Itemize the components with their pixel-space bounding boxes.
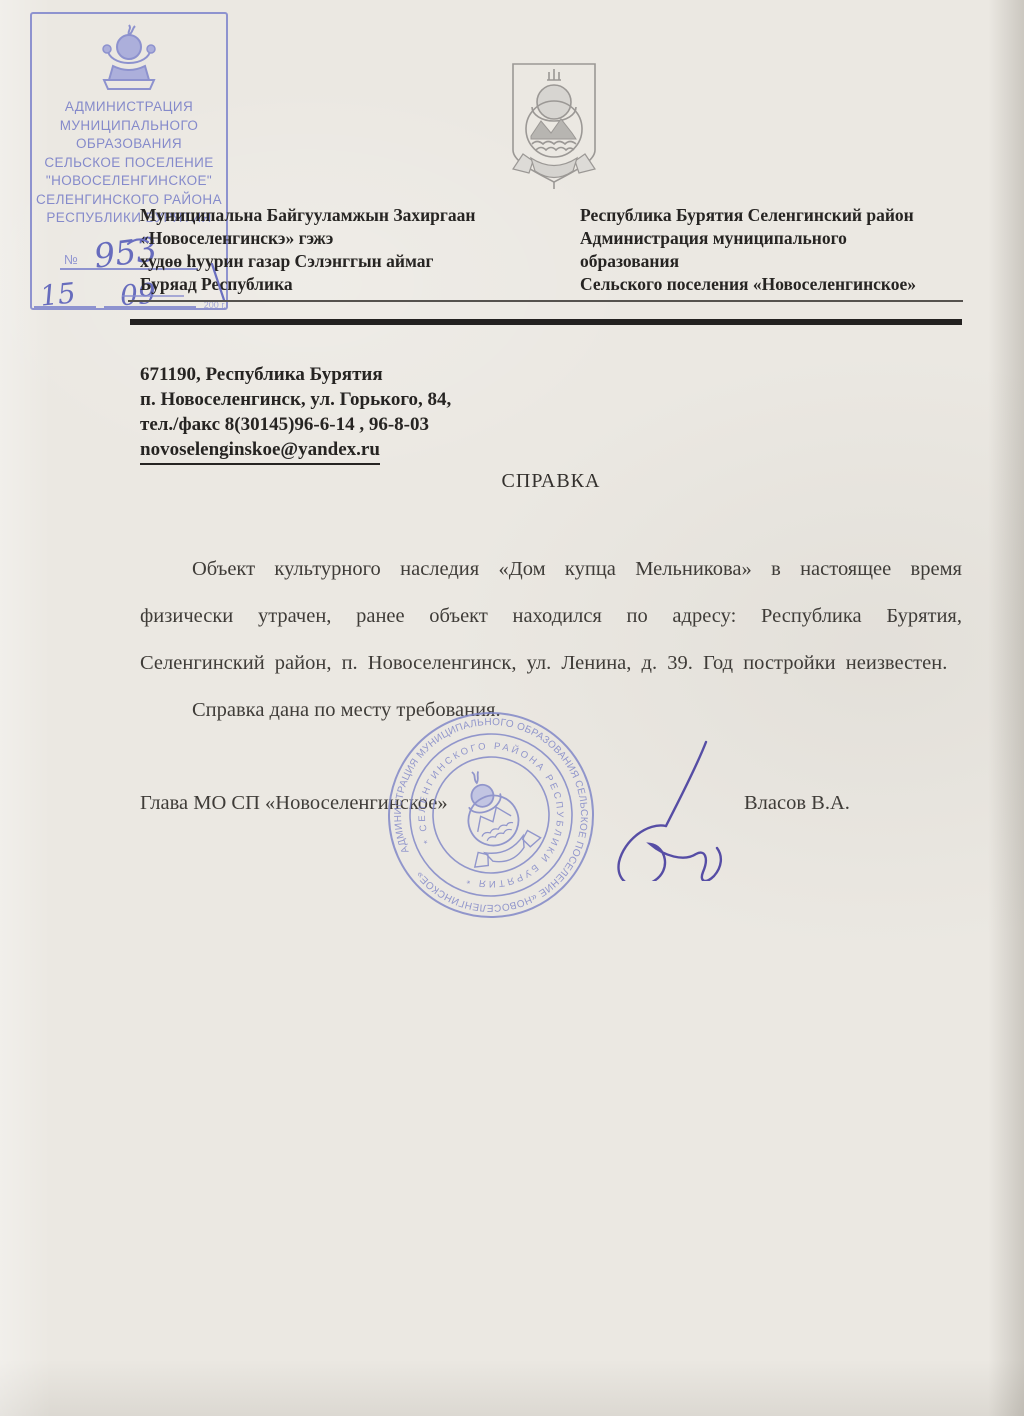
letterhead-line: Буряад Республика: [140, 273, 570, 296]
letterhead-line: Администрация муниципального: [580, 227, 970, 250]
letterhead-line: худөө һуурин газар Сэлэнггын аймаг: [140, 250, 570, 273]
scanned-document-page: АДМИНИСТРАЦИЯ МУНИЦИПАЛЬНОГО ОБРАЗОВАНИЯ…: [0, 0, 1024, 1416]
handwritten-signature: [606, 736, 726, 881]
letterhead-line: Республика Бурятия Селенгинский район: [580, 204, 970, 227]
seal-outer-text: АДМИНИСТРАЦИЯ МУНИЦИПАЛЬНОГО ОБРАЗОВАНИЯ…: [382, 706, 600, 924]
contact-block: 671190, Республика Бурятия п. Новоселенг…: [140, 362, 451, 465]
stamp-line: МУНИЦИПАЛЬНОГО: [32, 117, 226, 136]
letterhead-russian-column: Республика Бурятия Селенгинский район Ад…: [580, 204, 970, 296]
stamp-line: ОБРАЗОВАНИЯ: [32, 135, 226, 154]
letterhead-line: Сельского поселения «Новоселенгинское»: [580, 273, 970, 296]
official-round-seal: АДМИНИСТРАЦИЯ МУНИЦИПАЛЬНОГО ОБРАЗОВАНИЯ…: [382, 706, 600, 924]
stamp-line: "НОВОСЕЛЕНГИНСКОЕ": [32, 172, 226, 191]
buryatia-coat-of-arms-icon: [506, 58, 602, 192]
letterhead-buryat-column: Муниципальна Байгууламжын Захиргаан «Нов…: [140, 204, 570, 296]
contact-line: п. Новоселенгинск, ул. Горького, 84,: [140, 387, 451, 412]
letterhead-line: Муниципальна Байгууламжын Захиргаан: [140, 204, 570, 227]
signer-name: Власов В.А.: [744, 792, 850, 815]
divider-thick: [130, 319, 962, 325]
buryatia-emblem-stamp-icon: [94, 22, 164, 98]
handwritten-day: 15: [38, 276, 77, 313]
stamp-line: АДМИНИСТРАЦИЯ: [32, 98, 226, 117]
stamp-line: СЕЛЬСКОЕ ПОСЕЛЕНИЕ: [32, 154, 226, 173]
body-paragraph: Объект культурного наследия «Дом купца М…: [140, 546, 962, 687]
number-sign-label: №: [64, 252, 78, 267]
contact-line: тел./факс 8(30145)96-6-14 , 96-8-03: [140, 412, 451, 437]
svg-text:АДМИНИСТРАЦИЯ МУНИЦИПАЛЬНОГО О: АДМИНИСТРАЦИЯ МУНИЦИПАЛЬНОГО ОБРАЗОВАНИЯ…: [382, 706, 600, 924]
document-title: СПРАВКА: [140, 470, 962, 493]
letterhead-line: «Новоселенгинскэ» гэжэ: [140, 227, 570, 250]
seal-center-emblem: [439, 757, 544, 874]
divider-thin: [128, 300, 963, 302]
email-address: novoselenginskoe@yandex.ru: [140, 437, 380, 465]
contact-line: 671190, Республика Бурятия: [140, 362, 451, 387]
letterhead-line: образования: [580, 250, 970, 273]
